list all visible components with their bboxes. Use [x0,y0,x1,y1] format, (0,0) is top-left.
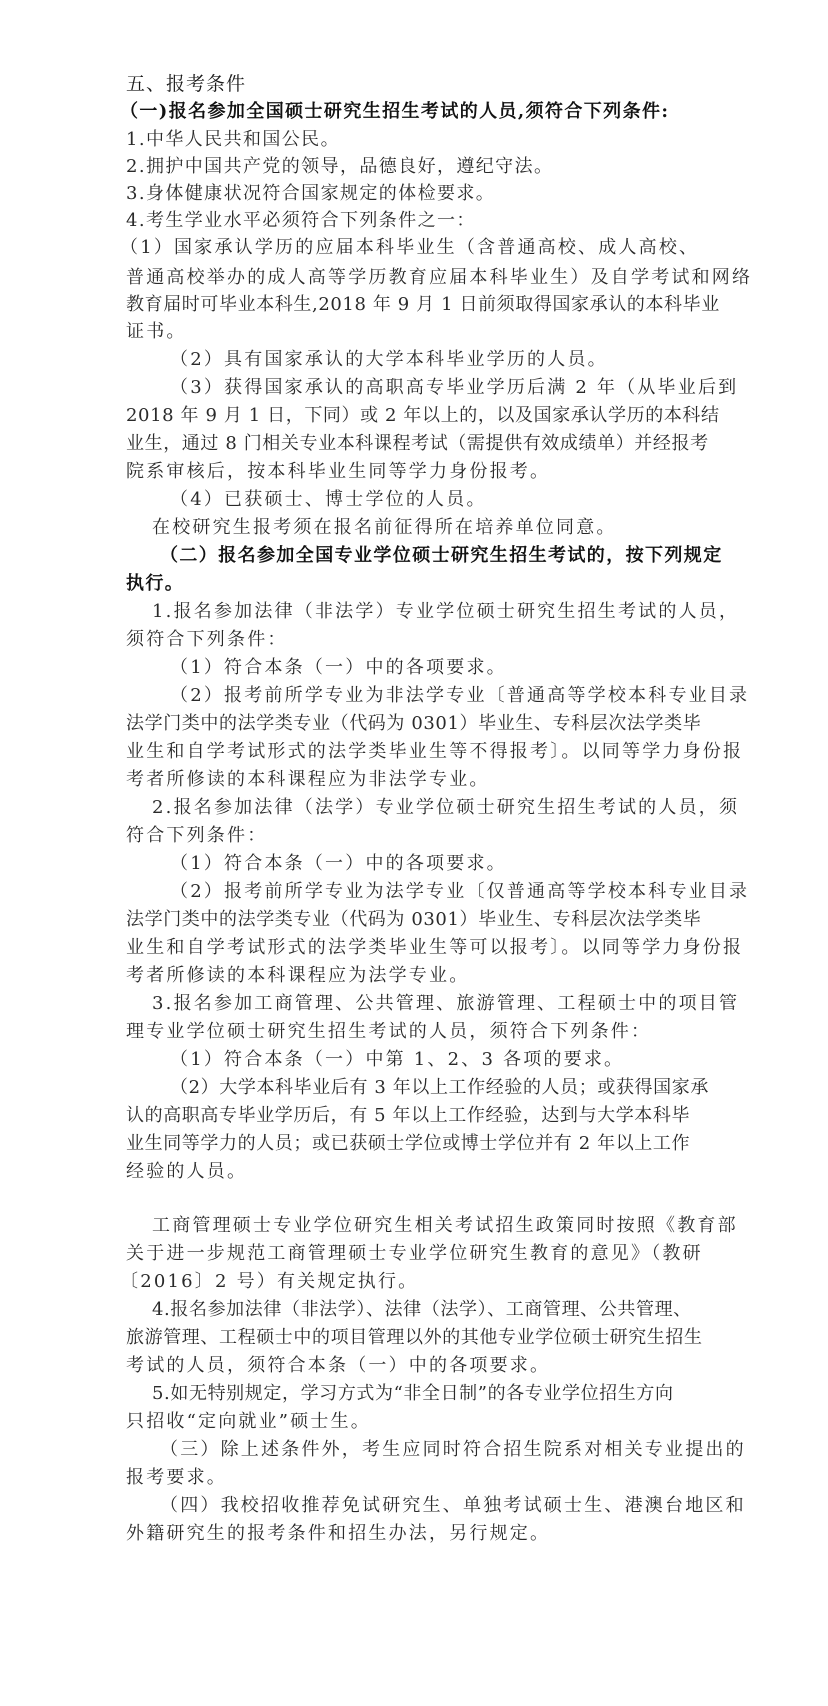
subsection-heading-2-cont: 执行。 [126,572,706,596]
paragraph-line: 工商管理硕士专业学位研究生相关考试招生政策同时按照《教育部 [152,1214,688,1238]
paragraph-line: 经验的人员。 [126,1160,706,1184]
paragraph-line: 考试的人员，须符合本条（一）中的各项要求。 [126,1354,706,1378]
paragraph-line: 3.报名参加工商管理、公共管理、旅游管理、工程硕士中的项目管 [152,992,688,1016]
paragraph-line: 证书。 [126,320,706,344]
paragraph-line: （三）除上述条件外，考生应同时符合招生院系对相关专业提出的 [160,1438,696,1462]
paragraph-line: 认的高职高专毕业学历后，有 5 年以上工作经验，达到与大学本科毕 [126,1104,706,1128]
subsection-heading-1: （一)报名参加全国硕士研究生招生考试的人员,须符合下列条件: [120,100,700,124]
paragraph-line: 业生和自学考试形式的法学类毕业生等不得报考〕。以同等学力身份报 [126,740,706,764]
paragraph-line: 2.报名参加法律（法学）专业学位硕士研究生招生考试的人员，须 [152,796,688,820]
paragraph-line: （3）获得国家承认的高职高专毕业学历后满 2 年（从毕业后到 [170,376,706,400]
paragraph-line: 业生同等学力的人员；或已获硕士学位或博士学位并有 2 年以上工作 [126,1132,706,1156]
document-page: 五、报考条件 （一)报名参加全国硕士研究生招生考试的人员,须符合下列条件: 1.… [0,0,828,1706]
subsection-heading-2: （二）报名参加全国专业学位硕士研究生招生考试的，按下列规定 [160,544,696,568]
paragraph-line: 普通高校举办的成人高等学历教育应届本科毕业生）及自学考试和网络 [126,266,706,290]
paragraph-line: （2）大学本科毕业后有 3 年以上工作经验的人员；或获得国家承 [170,1076,706,1100]
paragraph-line: 报考要求。 [126,1466,706,1490]
paragraph-line: 教育届时可毕业本科生,2018 年 9 月 1 日前须取得国家承认的本科毕业 [126,293,706,317]
paragraph-line: 〔2016〕2 号）有关规定执行。 [120,1270,700,1294]
paragraph-line: 业生和自学考试形式的法学类毕业生等可以报考〕。以同等学力身份报 [126,936,706,960]
paragraph-line: 考者所修读的本科课程应为法学专业。 [126,964,706,988]
paragraph-line: 院系审核后，按本科毕业生同等学力身份报考。 [126,460,706,484]
paragraph-line: 2.拥护中国共产党的领导，品德良好，遵纪守法。 [126,155,706,179]
paragraph-line: 法学门类中的法学类专业（代码为 0301）毕业生、专科层次法学类毕 [126,712,706,736]
paragraph-line: 4.报名参加法律（非法学）、法律（法学）、工商管理、公共管理、 [152,1298,688,1322]
paragraph-line: 符合下列条件： [126,824,706,848]
paragraph-line: （1）国家承认学历的应届本科毕业生（含普通高校、成人高校、 [120,236,700,260]
paragraph-line: 只招收“定向就业”硕士生。 [126,1410,706,1434]
section-title: 五、报考条件 [126,72,706,96]
paragraph-line: 2018 年 9 月 1 日，下同）或 2 年以上的，以及国家承认学历的本科结 [126,404,706,428]
paragraph-line: （2）报考前所学专业为法学专业〔仅普通高等学校本科专业目录 [170,880,706,904]
paragraph-line: （1）符合本条（一）中的各项要求。 [170,656,706,680]
paragraph-line: （2）具有国家承认的大学本科毕业学历的人员。 [170,348,706,372]
paragraph-line: 旅游管理、工程硕士中的项目管理以外的其他专业学位硕士研究生招生 [126,1326,706,1350]
paragraph-line: 3.身体健康状况符合国家规定的体检要求。 [126,182,706,206]
paragraph-line: 在校研究生报考须在报名前征得所在培养单位同意。 [152,516,732,540]
paragraph-line: （2）报考前所学专业为非法学专业〔普通高等学校本科专业目录 [170,684,706,708]
paragraph-line: 关于进一步规范工商管理硕士专业学位研究生教育的意见》（教研 [126,1242,706,1266]
paragraph-line: 须符合下列条件： [126,628,706,652]
paragraph-line: （1）符合本条（一）中第 1、2、3 各项的要求。 [170,1048,706,1072]
paragraph-line: 考者所修读的本科课程应为非法学专业。 [126,768,706,792]
paragraph-line: 法学门类中的法学类专业（代码为 0301）毕业生、专科层次法学类毕 [126,908,706,932]
paragraph-line: 4.考生学业水平必须符合下列条件之一： [126,209,706,233]
paragraph-line: （四）我校招收推荐免试研究生、单独考试硕士生、港澳台地区和 [160,1494,696,1518]
paragraph-line: 业生，通过 8 门相关专业本科课程考试（需提供有效成绩单）并经报考 [126,432,706,456]
paragraph-line: 1.中华人民共和国公民。 [126,128,706,152]
paragraph-line: （1）符合本条（一）中的各项要求。 [170,852,706,876]
paragraph-line: 5.如无特别规定，学习方式为“非全日制”的各专业学位招生方向 [152,1382,688,1406]
paragraph-line: （4）已获硕士、博士学位的人员。 [170,488,706,512]
paragraph-line: 1.报名参加法律（非法学）专业学位硕士研究生招生考试的人员， [152,600,688,624]
paragraph-line: 理专业学位硕士研究生招生考试的人员，须符合下列条件： [126,1020,706,1044]
paragraph-line: 外籍研究生的报考条件和招生办法，另行规定。 [126,1522,706,1546]
